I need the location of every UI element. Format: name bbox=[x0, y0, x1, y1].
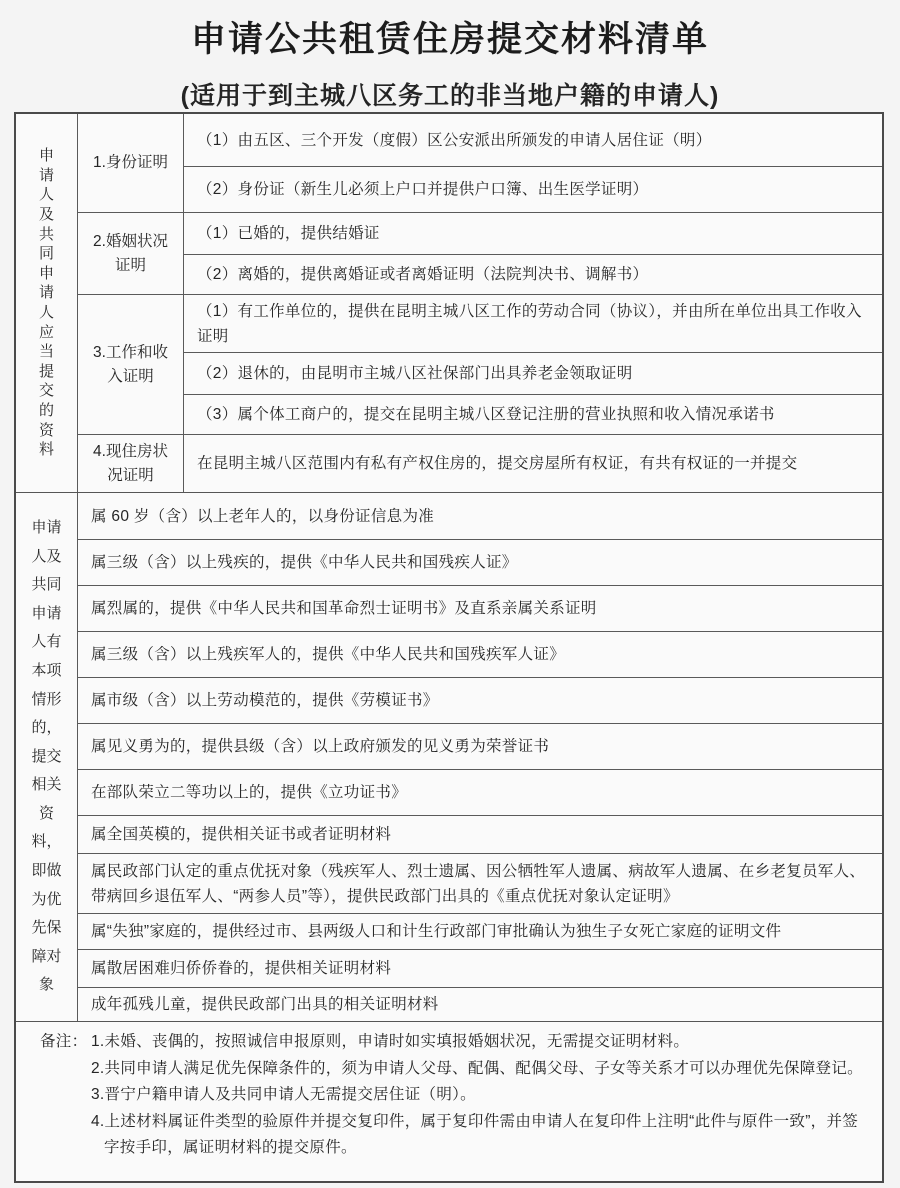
table-row: 属 60 岁（含）以上老年人的，以身份证信息为准 bbox=[77, 493, 882, 539]
table-row: 在部队荣立二等功以上的，提供《立功证书》 bbox=[77, 769, 882, 815]
group-identity-label: 1.身份证明 bbox=[77, 114, 183, 212]
page-title: 申请公共租赁住房提交材料清单 bbox=[0, 0, 900, 62]
table-row: （2）离婚的，提供离婚证或者离婚证明（法院判决书、调解书） bbox=[183, 254, 882, 294]
section1-row-header: 申 请 人 及 共 同 申 请 人 应 当 提 交 的 资 料 bbox=[16, 114, 77, 492]
table-row: 属散居困难归侨侨眷的，提供相关证明材料 bbox=[77, 949, 882, 987]
section-required-materials: 申 请 人 及 共 同 申 请 人 应 当 提 交 的 资 料 1.身份证明 （… bbox=[16, 114, 882, 492]
notes-section: 备注： 1.未婚、丧偶的，按照诚信申报原则，申请时如实填报婚姻状况，无需提交证明… bbox=[16, 1021, 882, 1181]
group-marriage-label: 2.婚姻状况 证明 bbox=[77, 212, 183, 294]
notes-label: 备注： bbox=[40, 1029, 87, 1056]
note-item: 3.晋宁户籍申请人及共同申请人无需提交居住证（明）。 bbox=[91, 1082, 864, 1109]
group-work-income-label: 3.工作和收 入证明 bbox=[77, 294, 183, 434]
table-row: （2）退休的，由昆明市主城八区社保部门出具养老金领取证明 bbox=[183, 352, 882, 394]
note-item: 4.上述材料属证件类型的验原件并提交复印件，属于复印件需由申请人在复印件上注明“… bbox=[104, 1109, 864, 1162]
table-row: 属见义勇为的，提供县级（含）以上政府颁发的见义勇为荣誉证书 bbox=[77, 723, 882, 769]
table-row: 属民政部门认定的重点优抚对象（残疾军人、烈士遗属、因公牺牲军人遗属、病故军人遗属… bbox=[77, 853, 882, 913]
table-row: 成年孤残儿童，提供民政部门出具的相关证明材料 bbox=[77, 987, 882, 1021]
table-row: （2）身份证（新生儿必须上户口并提供户口簿、出生医学证明） bbox=[183, 166, 882, 212]
table-row: （3）属个体工商户的，提交在昆明主城八区登记注册的营业执照和收入情况承诺书 bbox=[183, 394, 882, 434]
section-priority-materials: 申请 人及 共同 申请 人有 本项 情形 的， 提交 相关 资 料， 即做 为优… bbox=[16, 492, 882, 1021]
table-row: （1）已婚的，提供结婚证 bbox=[183, 212, 882, 254]
materials-table: 申 请 人 及 共 同 申 请 人 应 当 提 交 的 资 料 1.身份证明 （… bbox=[14, 112, 884, 1183]
group-housing-label: 4.现住房状 况证明 bbox=[77, 434, 183, 492]
table-row: 在昆明主城八区范围内有私有产权住房的，提交房屋所有权证，有共有权证的一并提交 bbox=[183, 434, 882, 492]
section2-row-header: 申请 人及 共同 申请 人有 本项 情形 的， 提交 相关 资 料， 即做 为优… bbox=[16, 493, 77, 1021]
table-row: 属全国英模的，提供相关证书或者证明材料 bbox=[77, 815, 882, 853]
note-item: 2.共同申请人满足优先保障条件的，须为申请人父母、配偶、配偶父母、子女等关系才可… bbox=[56, 1056, 864, 1083]
table-row: （1）有工作单位的，提供在昆明主城八区工作的劳动合同（协议），并由所在单位出具工… bbox=[183, 294, 882, 352]
table-row: 属市级（含）以上劳动模范的，提供《劳模证书》 bbox=[77, 677, 882, 723]
table-row: 属烈属的，提供《中华人民共和国革命烈士证明书》及直系亲属关系证明 bbox=[77, 585, 882, 631]
table-row: （1）由五区、三个开发（度假）区公安派出所颁发的申请人居住证（明） bbox=[183, 114, 882, 166]
document-page: 申请公共租赁住房提交材料清单 (适用于到主城八区务工的非当地户籍的申请人) 申 … bbox=[0, 0, 900, 1188]
table-row: 属“失独”家庭的，提供经过市、县两级人口和计生行政部门审批确认为独生子女死亡家庭… bbox=[77, 913, 882, 949]
table-row: 属三级（含）以上残疾军人的，提供《中华人民共和国残疾军人证》 bbox=[77, 631, 882, 677]
table-row: 属三级（含）以上残疾的，提供《中华人民共和国残疾人证》 bbox=[77, 539, 882, 585]
note-item: 1.未婚、丧偶的，按照诚信申报原则，申请时如实填报婚姻状况，无需提交证明材料。 bbox=[91, 1029, 864, 1056]
